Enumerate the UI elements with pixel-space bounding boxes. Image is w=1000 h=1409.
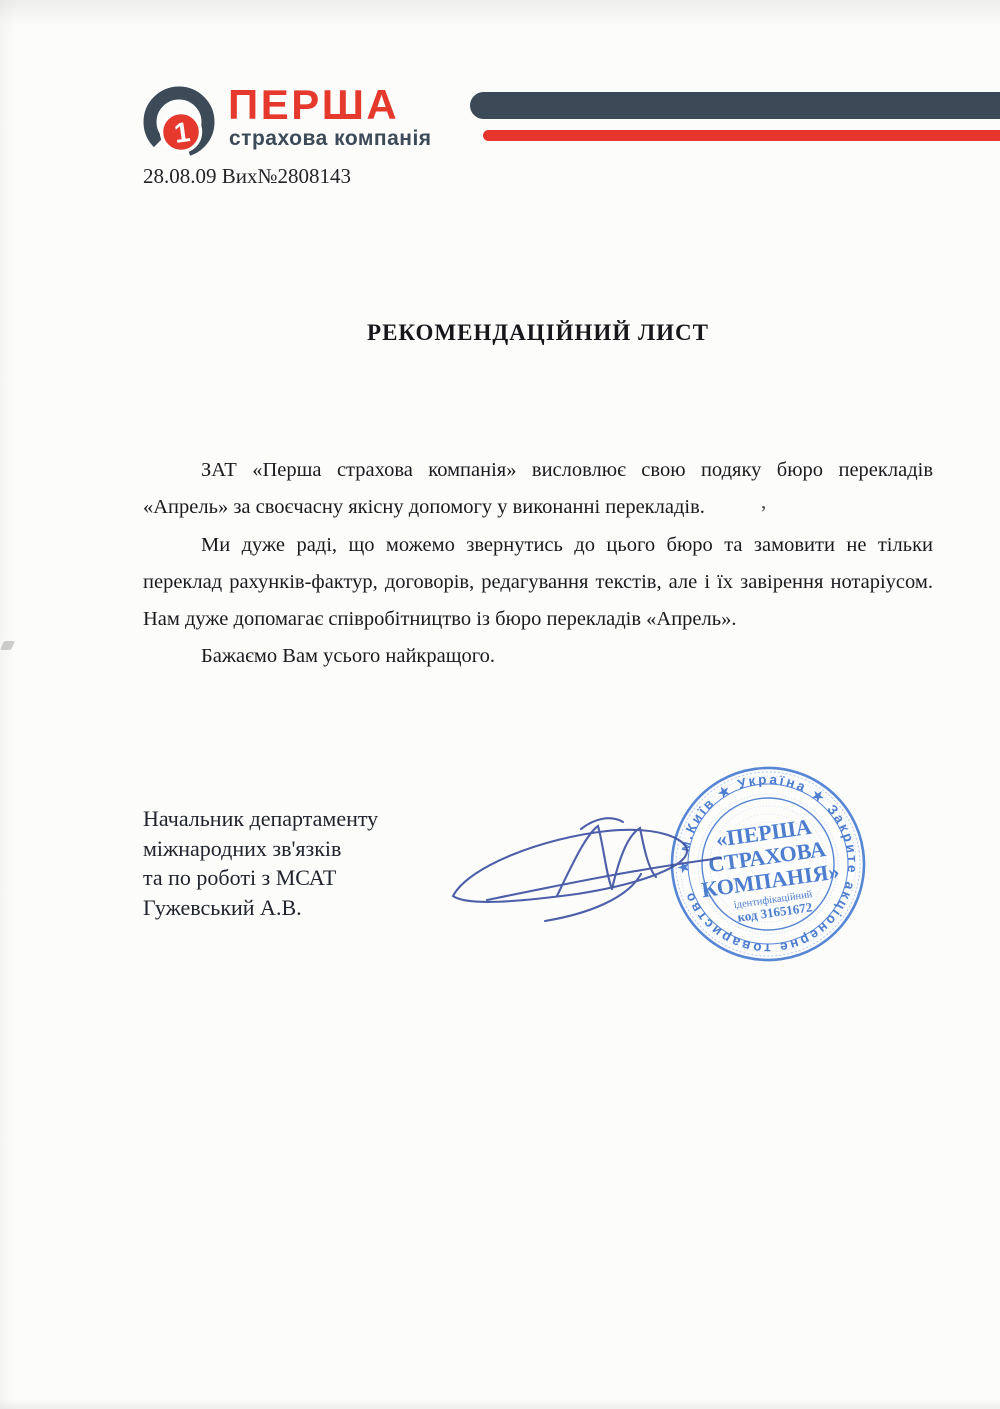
- scan-artifact-mark: [0, 641, 15, 650]
- scan-shading-top: [0, 0, 1000, 26]
- letterhead-stripe-dark: [470, 92, 1000, 119]
- company-name: ПЕРША: [228, 84, 399, 126]
- letterhead-stripe-red: [483, 130, 1000, 141]
- body-line: Нам дуже допомагає співробітництво із бю…: [143, 601, 933, 638]
- body-line: переклад рахунків-фактур, договорів, ред…: [143, 564, 933, 601]
- date-reference-line: 28.08.09 Вих№2808143: [143, 164, 351, 189]
- company-logo-icon: 1: [138, 84, 222, 168]
- company-subtitle: страхова компанія: [229, 127, 432, 151]
- body-line: Ми дуже раді, що можемо звернутись до ць…: [143, 527, 933, 564]
- body-line: ЗАТ «Перша страхова компанія» висловлює …: [143, 452, 933, 489]
- signatory-block: Начальник департаменту міжнародних зв'яз…: [143, 804, 378, 922]
- scan-shading-left: [0, 0, 16, 1409]
- signatory-position-line: Начальник департаменту: [143, 804, 378, 834]
- scanned-letter-page: , 1 ПЕРША страхова компанія 28.08.09 Вих…: [0, 0, 1000, 1409]
- letter-title: РЕКОМЕНДАЦІЙНИЙ ЛИСТ: [143, 320, 933, 346]
- signatory-name: Гужевський А.В.: [143, 893, 378, 923]
- scan-shading-bottom: [0, 1399, 1000, 1409]
- body-line: «Апрель» за своєчасну якісну допомогу у …: [143, 489, 933, 526]
- handwritten-signature: [425, 788, 735, 943]
- letter-body: ЗАТ «Перша страхова компанія» висловлює …: [143, 452, 933, 676]
- signatory-position-line: та по роботі з МСАТ: [143, 863, 378, 893]
- signatory-position-line: міжнародних зв'язків: [143, 834, 378, 864]
- body-line: Бажаємо Вам усього найкращого.: [143, 638, 933, 675]
